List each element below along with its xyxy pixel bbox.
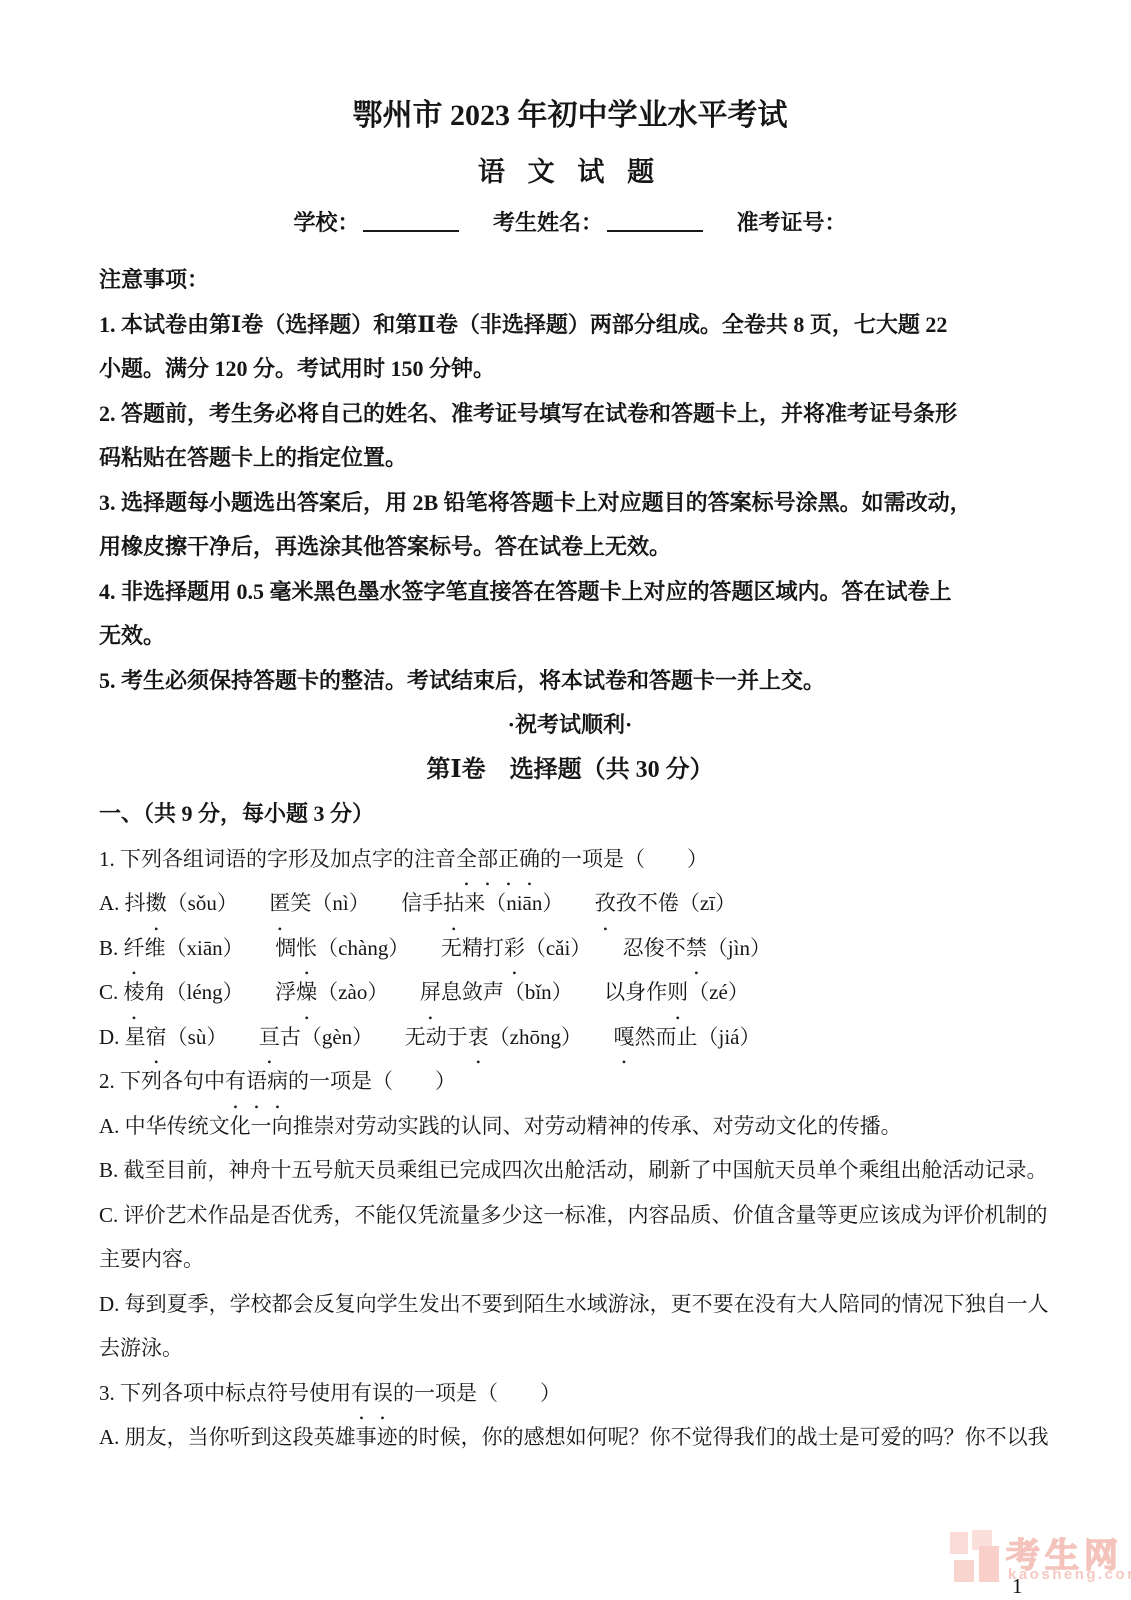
page-number: 1 <box>1012 1574 1023 1598</box>
notice-item-1-line-2: 小题。满分 120 分。考试用时 150 分钟。 <box>99 347 1041 392</box>
notice-item-2-line-2: 码粘贴在答题卡上的指定位置。 <box>99 436 1041 481</box>
question-2-option-d-line-1: D. 每到夏季，学校都会反复向学生发出不要到陌生水域游泳，更不要在没有大人陪同的… <box>99 1282 1041 1327</box>
kaosheng-watermark: 考生网 kaosheng.com <box>944 1530 1129 1582</box>
candidate-name-label: 考生姓名： <box>493 210 603 235</box>
notice-item-4-line-2: 无效。 <box>99 614 1041 659</box>
candidate-name-field: 考生姓名： <box>493 210 709 235</box>
notice-item-5-line-1: 5. 考生必须保持答题卡的整洁。考试结束后，将本试卷和答题卡一并上交。 <box>99 659 1041 704</box>
question-2-option-b: B. 截至目前，神舟十五号航天员乘组已完成四次出舱活动，刷新了中国航天员单个乘组… <box>99 1148 1041 1193</box>
candidate-name-blank <box>607 206 703 232</box>
page-content: 鄂州市 2023 年初中学业水平考试 语 文 试 题 学校： 考生姓名： 准考证… <box>99 96 1041 1460</box>
ticket-number-label: 准考证号： <box>737 210 847 235</box>
section-1-title: 第Ⅰ卷 选择题（共 30 分） <box>99 748 1041 793</box>
school-blank <box>363 206 459 232</box>
watermark-logo-block-icon <box>979 1546 999 1582</box>
question-2-option-c-line-2: 主要内容。 <box>99 1237 1041 1282</box>
notice-heading: 注意事项： <box>99 258 1041 303</box>
notice-item-2-line-1: 2. 答题前，考生务必将自己的姓名、准考证号填写在试卷和答题卡上，并将准考证号条… <box>99 392 1041 437</box>
notice-item-3-line-1: 3. 选择题每小题选出答案后，用 2B 铅笔将答题卡上对应题目的答案标号涂黑。如… <box>99 481 1041 526</box>
exam-subject-title: 语 文 试 题 <box>99 154 1041 190</box>
question-3-option-a: A. 朋友，当你听到这段英雄事迹的时候，你的感想如何呢？你不觉得我们的战士是可爱… <box>99 1415 1041 1460</box>
question-1-option-b: B. 纤维（xiān） 惆怅（chàng） 无精打彩（cǎi） 忍俊不禁（jìn… <box>99 926 1041 971</box>
question-1-option-a: A. 抖擞（sǒu） 匿笑（nì） 信手拈来（niān） 孜孜不倦（zī） <box>99 881 1041 926</box>
question-1-option-d: D. 星宿（sù） 亘古（gèn） 无动于衷（zhōng） 嘎然而止（jiá） <box>99 1015 1041 1060</box>
school-field: 学校： <box>293 210 465 235</box>
question-3-stem: 3. 下列各项中标点符号使用有误的一项是（ ） <box>99 1371 1041 1416</box>
exam-title: 鄂州市 2023 年初中学业水平考试 <box>99 96 1041 136</box>
question-2-option-a: A. 中华传统文化一向推崇对劳动实践的认同、对劳动精神的传承、对劳动文化的传播。 <box>99 1104 1041 1149</box>
part-1-heading: 一、（共 9 分，每小题 3 分） <box>99 792 1041 837</box>
exam-paper-page: 鄂州市 2023 年初中学业水平考试 语 文 试 题 学校： 考生姓名： 准考证… <box>0 0 1131 1600</box>
school-label: 学校： <box>293 210 359 235</box>
registration-line: 学校： 考生姓名： 准考证号： <box>99 206 1041 240</box>
watermark-logo-block-icon <box>954 1560 974 1582</box>
question-2-option-d-line-2: 去游泳。 <box>99 1326 1041 1371</box>
question-1-stem: 1. 下列各组词语的字形及加点字的注音全部正确的一项是（ ） <box>99 837 1041 882</box>
good-luck-line: ·祝考试顺利· <box>99 703 1041 748</box>
watermark-logo-block-icon <box>950 1532 968 1554</box>
question-1-option-c: C. 棱角（léng） 浮燥（zào） 屏息敛声（bǐn） 以身作则（zé） <box>99 970 1041 1015</box>
notice-item-4-line-1: 4. 非选择题用 0.5 毫米黑色墨水签字笔直接答在答题卡上对应的答题区域内。答… <box>99 570 1041 615</box>
question-2-option-c-line-1: C. 评价艺术作品是否优秀，不能仅凭流量多少这一标准，内容品质、价值含量等更应该… <box>99 1193 1041 1238</box>
watermark-site-domain: kaosheng.com <box>1008 1566 1131 1583</box>
notice-item-3-line-2: 用橡皮擦干净后，再选涂其他答案标号。答在试卷上无效。 <box>99 525 1041 570</box>
question-2-stem: 2. 下列各句中有语病的一项是（ ） <box>99 1059 1041 1104</box>
notice-item-1-line-1: 1. 本试卷由第Ⅰ卷（选择题）和第Ⅱ卷（非选择题）两部分组成。全卷共 8 页，七… <box>99 303 1041 348</box>
